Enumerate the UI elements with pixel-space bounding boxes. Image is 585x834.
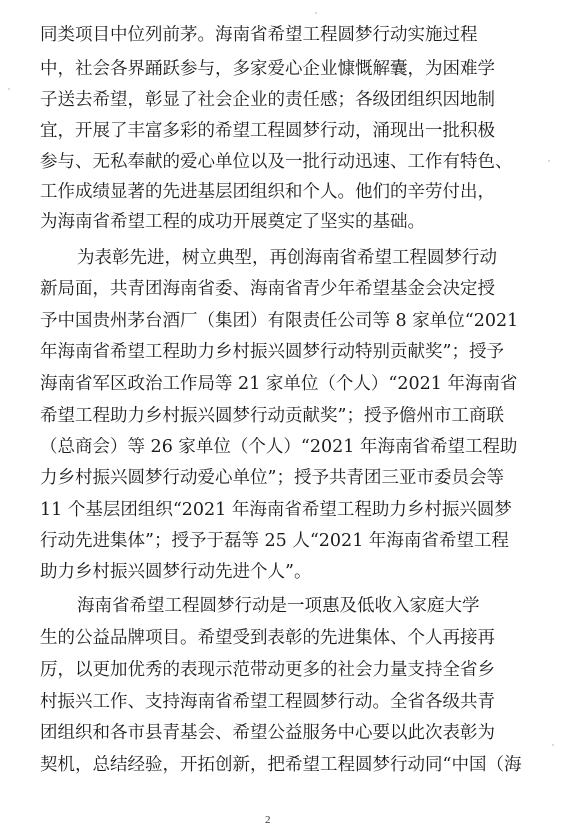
text-line: 海南省军区政治工作局等 21 家单位（个人）“2021 年海南省 xyxy=(40,372,517,396)
text-line: 11 个基层团组织“2021 年海南省希望工程助力乡村振兴圆梦 xyxy=(40,498,512,522)
text-line: 团组织和各市县青基会、希望公益服务中心要以此次表彰为 xyxy=(40,721,495,745)
text-line: 中，社会各界踊跃参与，多家爱心企业慷慨解囊，为困难学 xyxy=(40,57,495,81)
text-line: 予中国贵州茅台酒厂（集团）有限责任公司等 8 家单位“2021 xyxy=(40,309,518,333)
text-line: 行动先进集体”；授予于磊等 25 人“2021 年海南省希望工程 xyxy=(40,529,509,553)
scan-speck xyxy=(552,744,554,746)
text-line: 力乡村振兴圆梦行动爱心单位”；授予共青团三亚市委员会等 xyxy=(40,466,504,490)
text-line: 宜，开展了丰富多彩的希望工程圆梦行动，涌现出一批积极 xyxy=(40,119,495,143)
text-line: 契机，总结经验，开拓创新，把希望工程圆梦行动同“中国（海 xyxy=(40,753,521,777)
text-line: 村振兴工作、支持海南省希望工程圆梦行动。全省各级共青 xyxy=(40,690,495,714)
text-line: 生的公益品牌项目。希望受到表彰的先进集体、个人再接再 xyxy=(40,626,495,650)
text-line: 希望工程助力乡村振兴圆梦行动贡献奖”；授予儋州市工商联 xyxy=(40,404,504,428)
text-line: 工作成绩显著的先进基层团组织和个人。他们的辛劳付出， xyxy=(40,180,495,204)
text-line: 助力乡村振兴圆梦行动先进个人”。 xyxy=(40,560,311,584)
page-number: 2 xyxy=(265,813,271,827)
document-page: 同类项目中位列前茅。海南省希望工程圆梦行动实施过程 中，社会各界踊跃参与，多家爱… xyxy=(0,0,585,834)
text-line: 同类项目中位列前茅。海南省希望工程圆梦行动实施过程 xyxy=(40,23,478,47)
text-line: 年海南省希望工程助力乡村振兴圆梦行动特别贡献奖”；授予 xyxy=(40,340,504,364)
text-line: 新局面，共青团海南省委、海南省青少年希望基金会决定授 xyxy=(40,277,495,301)
text-line: （总商会）等 26 家单位（个人）“2021 年海南省希望工程助 xyxy=(40,435,517,459)
scan-speck xyxy=(315,12,317,14)
text-line: 子送去希望，彰显了社会企业的责任感；各级团组织因地制 xyxy=(40,88,495,112)
text-line: 海南省希望工程圆梦行动是一项惠及低收入家庭大学 xyxy=(77,594,480,618)
text-line: 为表彰先进，树立典型，再创海南省希望工程圆梦行动 xyxy=(77,246,497,270)
scan-speck xyxy=(8,88,10,90)
text-line: 为海南省希望工程的成功开展奠定了坚实的基础。 xyxy=(40,210,425,234)
scan-speck xyxy=(548,160,550,162)
text-line: 参与、无私奉献的爱心单位以及一批行动迅速、工作有特色、 xyxy=(40,150,513,174)
text-line: 厉，以更加优秀的表现示范带动更多的社会力量支持全省乡 xyxy=(40,658,495,682)
